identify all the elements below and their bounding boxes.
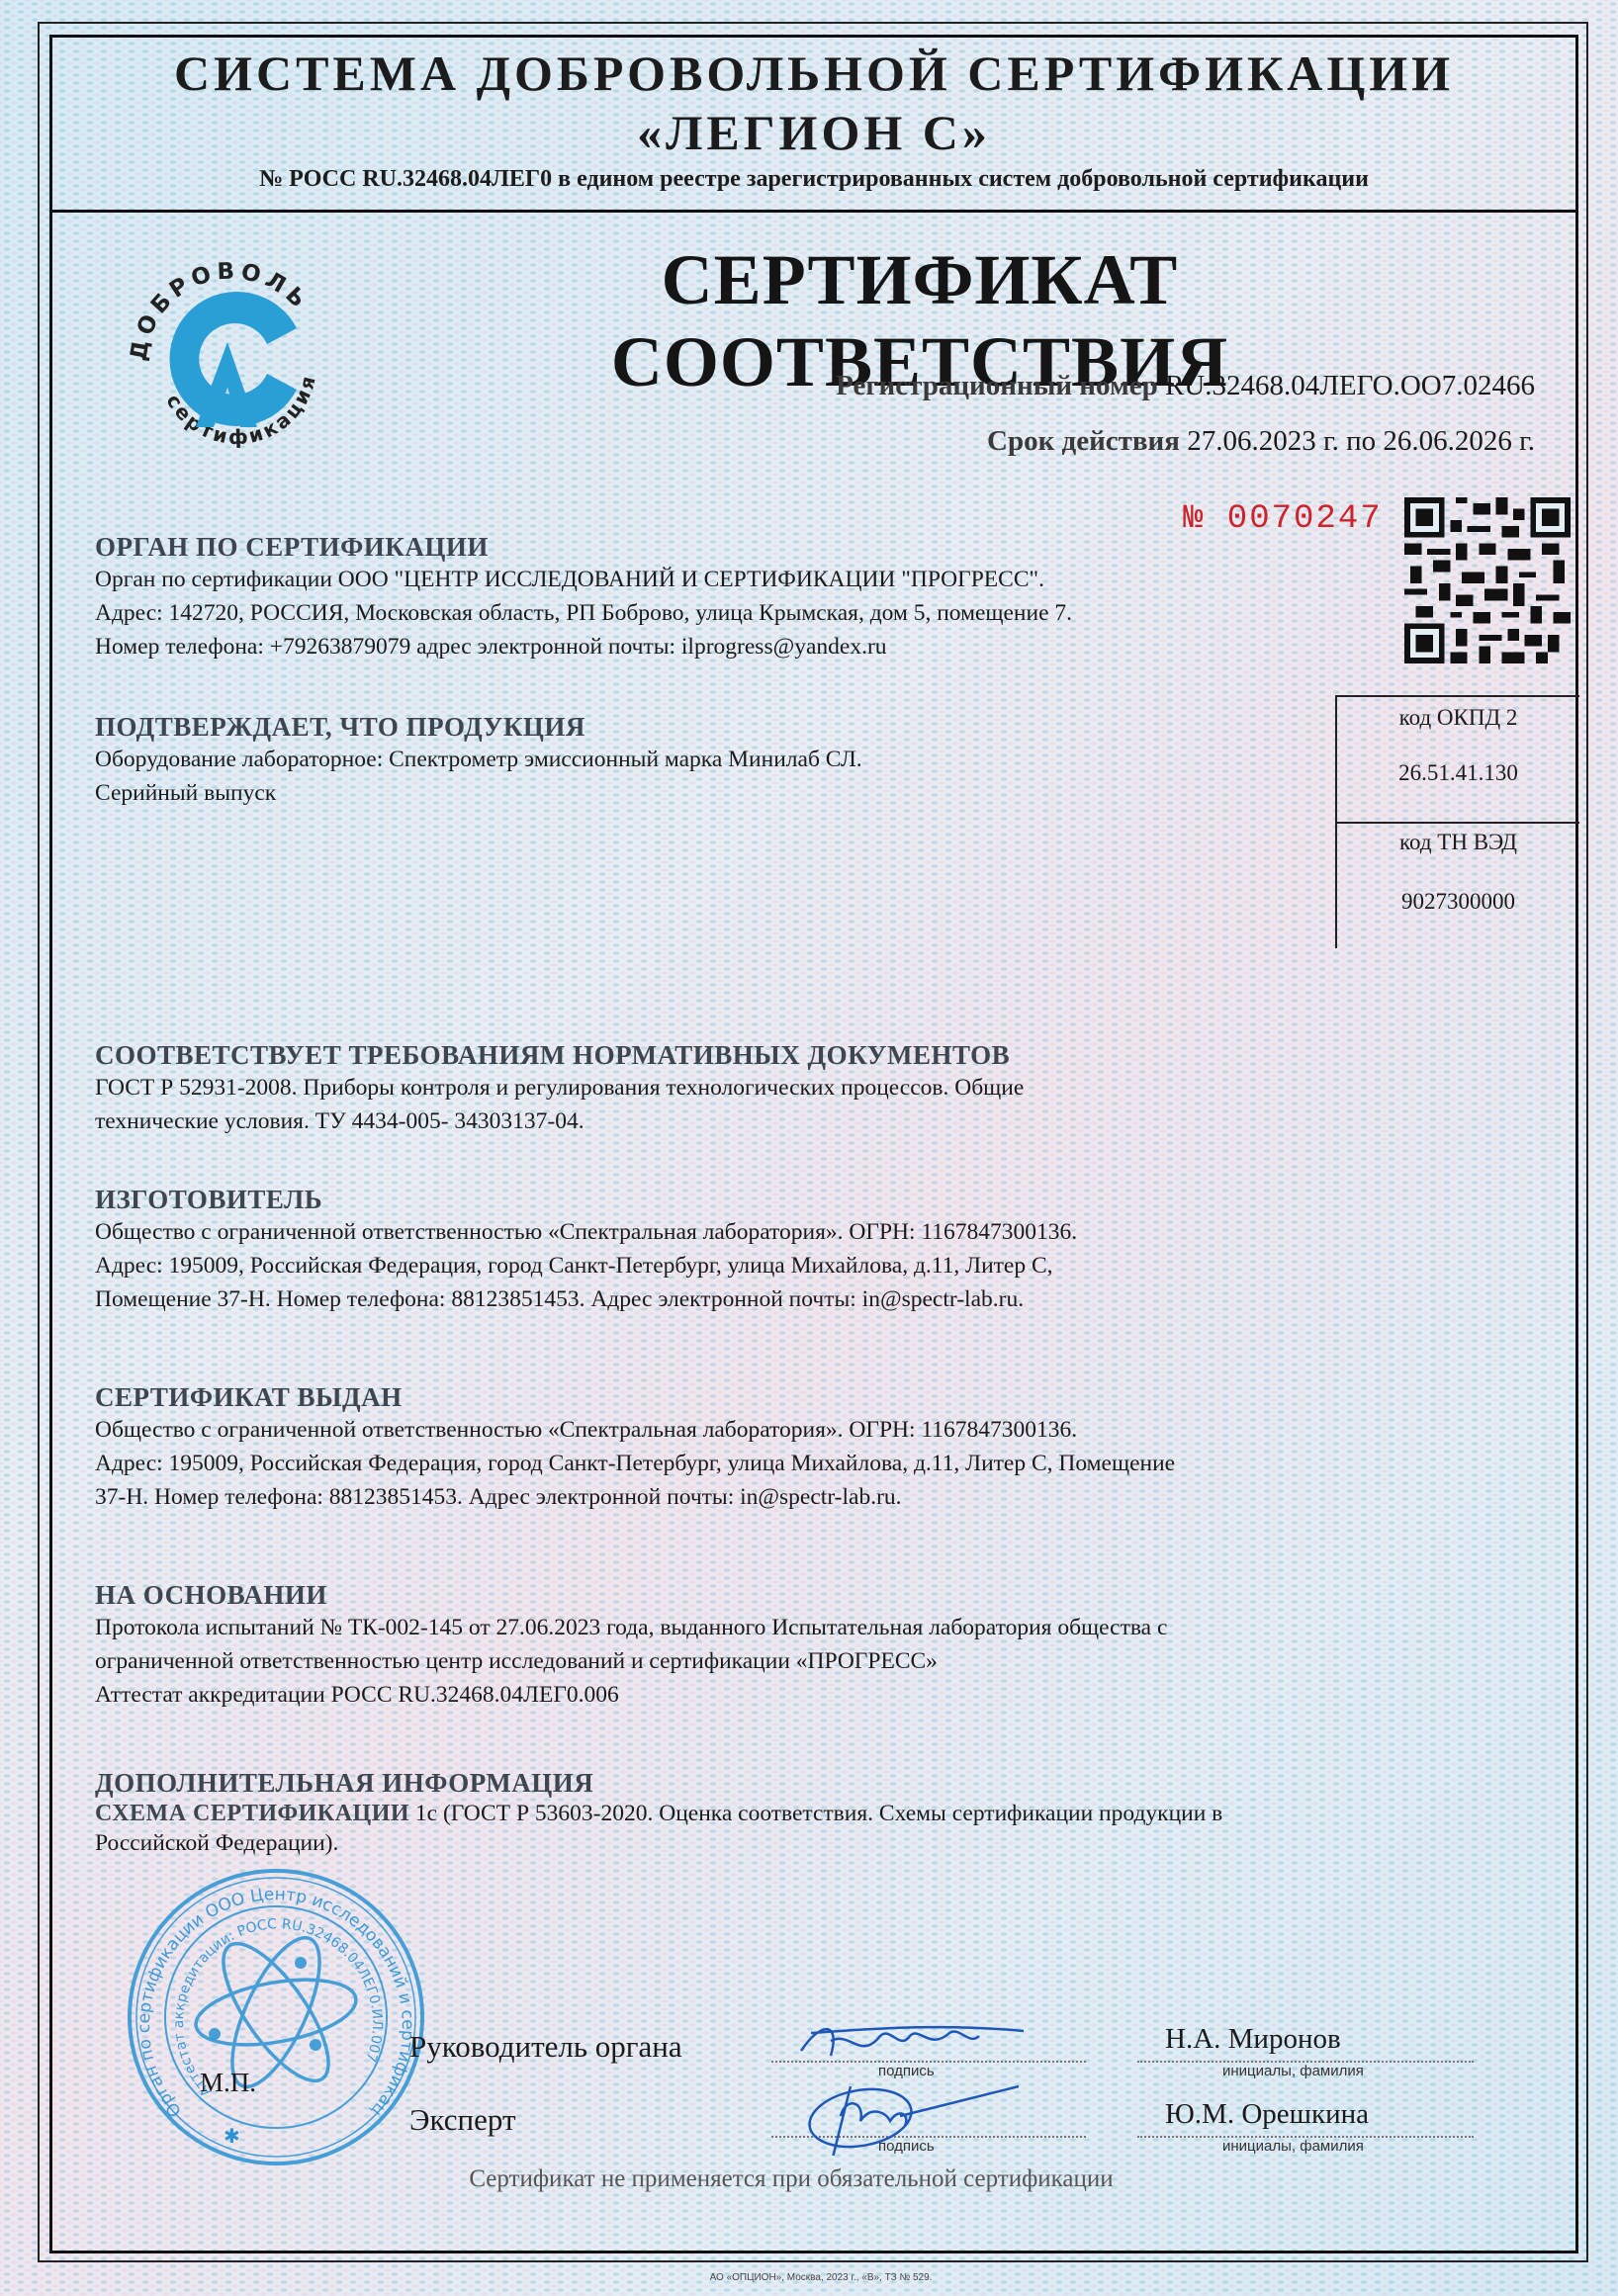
signature-role-head: Руководитель органа (409, 2029, 682, 2065)
manufacturer-name: Общество с ограниченной ответственностью… (95, 1215, 1361, 1249)
issued-to-name: Общество с ограниченной ответственностью… (95, 1413, 1480, 1447)
seal-stamp-icon: Орган по сертификации ООО Центр исследов… (123, 1864, 429, 2170)
validity-period: Срок действия 27.06.2023 г. по 26.06.202… (987, 425, 1535, 458)
signature-name-expert: Ю.М. Орешкина (1165, 2098, 1369, 2131)
signature-head-icon (791, 2011, 1029, 2071)
section-manufacturer: ИЗГОТОВИТЕЛЬ Общество с ограниченной отв… (95, 1185, 1361, 1316)
section-title: НА ОСНОВАНИИ (95, 1580, 1480, 1611)
requirements-line: технические условия. ТУ 4434-005- 343031… (95, 1104, 1361, 1138)
scheme-label: СХЕМА СЕРТИФИКАЦИИ (95, 1801, 409, 1826)
basis-protocol: Протокола испытаний № ТК-002-145 от 27.0… (95, 1611, 1480, 1644)
section-title: ИЗГОТОВИТЕЛЬ (95, 1185, 1361, 1215)
section-basis: НА ОСНОВАНИИ Протокола испытаний № ТК-00… (95, 1580, 1480, 1712)
validity-label: Срок действия (987, 425, 1180, 457)
signature-expert-icon (791, 2076, 1029, 2156)
svg-text:✱: ✱ (224, 2124, 240, 2148)
basis-accreditation: Аттестат аккредитации РОСС RU.32468.04ЛЕ… (95, 1678, 1480, 1712)
registration-number: Регистрационный номер RU.32468.04ЛЕГО.ОО… (836, 370, 1535, 402)
issued-to-contacts: 37-Н. Номер телефона: 88123851453. Адрес… (95, 1480, 1480, 1514)
okpd-value: 26.51.41.130 (1337, 760, 1579, 786)
system-registry-line: № РОСС RU.32468.04ЛЕГ0 в едином реестре … (59, 166, 1569, 193)
section-title: СЕРТИФИКАТ ВЫДАН (95, 1382, 1480, 1413)
signature-role-expert: Эксперт (409, 2102, 516, 2138)
codes-divider (1337, 822, 1579, 824)
cert-body-contacts: Номер телефона: +79263879079 адрес элект… (95, 630, 1361, 663)
section-additional-info: ДОПОЛНИТЕЛЬНАЯ ИНФОРМАЦИЯ СХЕМА СЕРТИФИК… (95, 1768, 1499, 1858)
voluntary-certification-logo-icon: ДОБРОВОЛЬНАЯ сертификация (109, 233, 346, 461)
section-title: ОРГАН ПО СЕРТИФИКАЦИИ (95, 532, 1361, 563)
disclaimer: Сертификат не применяется при обязательн… (415, 2165, 1167, 2193)
system-name: «ЛЕГИОН С» (59, 103, 1569, 162)
registration-label: Регистрационный номер (836, 370, 1158, 401)
requirements-line: ГОСТ Р 52931-2008. Приборы контроля и ре… (95, 1071, 1361, 1104)
seal-place-label: М.П. (200, 2068, 256, 2098)
scheme-text: 1с (ГОСТ Р 53603-2020. Оценка соответств… (409, 1801, 1222, 1826)
signature-name-head: Н.А. Миронов (1165, 2023, 1341, 2056)
product-codes-box: код ОКПД 2 26.51.41.130 код ТН ВЭД 90273… (1335, 695, 1579, 948)
section-requirements: СООТВЕТСТВУЕТ ТРЕБОВАНИЯМ НОРМАТИВНЫХ ДО… (95, 1040, 1361, 1138)
product-description: Оборудование лабораторное: Спектрометр э… (95, 743, 1311, 776)
section-product: ПОДТВЕРЖДАЕТ, ЧТО ПРОДУКЦИЯ Оборудование… (95, 712, 1311, 810)
tnved-value: 9027300000 (1337, 889, 1579, 915)
section-issued-to: СЕРТИФИКАТ ВЫДАН Общество с ограниченной… (95, 1382, 1480, 1514)
manufacturer-address: Адрес: 195009, Российская Федерация, гор… (95, 1249, 1361, 1282)
printer-imprint: АО «ОПЦИОН», Москва, 2023 г., «В», ТЗ № … (554, 2272, 1088, 2283)
registration-value: RU.32468.04ЛЕГО.ОО7.02466 (1165, 370, 1535, 401)
validity-value: 27.06.2023 г. по 26.06.2026 г. (1187, 425, 1535, 457)
manufacturer-contacts: Помещение 37-Н. Номер телефона: 88123851… (95, 1282, 1361, 1316)
cert-body-name: Орган по сертификации ООО "ЦЕНТР ИССЛЕДО… (95, 563, 1361, 596)
section-title: ДОПОЛНИТЕЛЬНАЯ ИНФОРМАЦИЯ (95, 1768, 1499, 1799)
scheme-text-cont: Российской Федерации). (95, 1828, 1499, 1858)
qr-code-icon (1404, 497, 1571, 663)
section-certification-body: ОРГАН ПО СЕРТИФИКАЦИИ Орган по сертифика… (95, 532, 1361, 663)
tnved-label: код ТН ВЭД (1337, 830, 1579, 855)
issued-to-address: Адрес: 195009, Российская Федерация, гор… (95, 1447, 1480, 1480)
header-divider (49, 210, 1578, 213)
section-title: СООТВЕТСТВУЕТ ТРЕБОВАНИЯМ НОРМАТИВНЫХ ДО… (95, 1040, 1361, 1071)
cert-body-address: Адрес: 142720, РОССИЯ, Московская област… (95, 596, 1361, 630)
section-title: ПОДТВЕРЖДАЕТ, ЧТО ПРОДУКЦИЯ (95, 712, 1311, 743)
name-caption: инициалы, фамилия (1222, 2138, 1364, 2155)
name-caption: инициалы, фамилия (1222, 2063, 1364, 2079)
basis-protocol-cont: ограниченной ответственностью центр иссл… (95, 1644, 1480, 1678)
okpd-label: код ОКПД 2 (1337, 705, 1579, 731)
system-title: СИСТЕМА ДОБРОВОЛЬНОЙ СЕРТИФИКАЦИИ (59, 44, 1569, 103)
product-release-type: Серийный выпуск (95, 776, 1311, 810)
